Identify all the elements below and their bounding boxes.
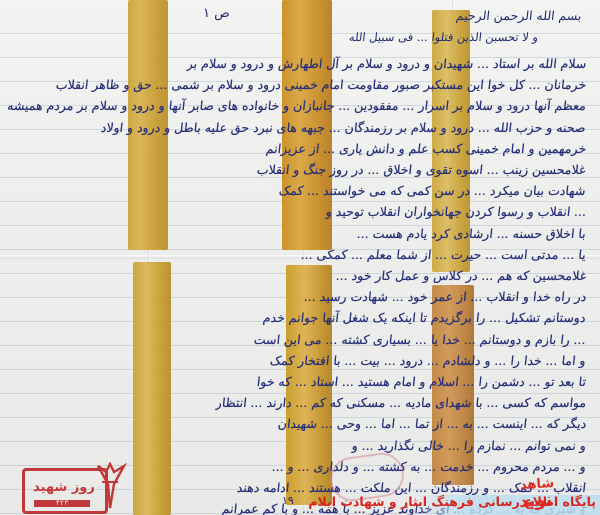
handwritten-line: غلامحسین که هم ... در کلاس و عمل کار خود… bbox=[335, 268, 587, 283]
handwritten-line: یا ... مدتی است ... حیرت ... از شما معلم… bbox=[300, 247, 586, 262]
heading-bismillah: بسم الله الرحمن الرحیم bbox=[456, 8, 583, 23]
site-watermark: پایگاه اطلاع رسانی فرهنگ ایثار و شهادت ا… bbox=[402, 490, 600, 515]
footer-page-number: ۱۹ bbox=[282, 494, 294, 507]
handwritten-line: غلامحسین زینب ... اسوه تقوی و اخلاق ... … bbox=[257, 162, 587, 177]
logo-word-navid: نوید bbox=[518, 490, 553, 512]
handwritten-line: و ... مردم محروم ... خدمت ... به کشته ..… bbox=[271, 459, 586, 474]
handwritten-line: خرمهمین و امام خمینی کسب علم و دانش یاری… bbox=[265, 141, 587, 156]
handwritten-line: در راه خدا و انقلاب ... از عمر خود ... ش… bbox=[303, 289, 587, 304]
handwritten-line: تا بعد تو ... دشمن را ... اسلام و امام ه… bbox=[256, 374, 587, 389]
handwritten-line: با اخلاق حسنه ... ارشادی کرد یادم هست ..… bbox=[356, 226, 586, 241]
opening-quote: و لا تحسبن الذین قتلوا ... فی سبیل الله bbox=[348, 30, 539, 44]
handwritten-line: خرمانان ... کل خوا این مستکبر صبور مقاوم… bbox=[55, 77, 587, 92]
handwritten-line: ... انقلاب و رسوا کردن جهانخواران انقلاب… bbox=[325, 204, 587, 219]
handwritten-line: دوستانم تشکیل ... را برگزیدم تا اینکه یک… bbox=[263, 310, 587, 325]
handwritten-line: معظم آنها درود و سلام بر اسرار ... مفقود… bbox=[5, 98, 587, 113]
stamp-label: روز شهید bbox=[32, 480, 96, 495]
handwritten-line: مواسم که کسی ... با شهدای مادیه ... مسکن… bbox=[215, 395, 587, 410]
stamp-number: ۴۲۳ bbox=[34, 500, 90, 507]
page-number: ص ۱ bbox=[203, 6, 230, 21]
tape-strip bbox=[133, 262, 171, 515]
watermark-logo: شاهد نوید bbox=[508, 477, 554, 513]
handwritten-line: دیگر که ... اینست ... به ... از تما ... … bbox=[277, 416, 587, 431]
handwritten-line: سلام الله بر استاد ... شهیدان و درود و س… bbox=[186, 56, 587, 71]
handwritten-line: و اما ... خدا را ... و دلشادم ... درود .… bbox=[270, 353, 587, 368]
scanned-document: ص ۱ بسم الله الرحمن الرحیم و لا تحسبن ال… bbox=[0, 0, 600, 515]
postage-stamp: روز شهید ۴۲۳ bbox=[22, 462, 130, 512]
handwritten-line: شهادت بیان میکرد ... در سن کمی که می خوا… bbox=[279, 183, 587, 198]
handwritten-line: صحنه و حزب الله ... درود و سلام بر رزمند… bbox=[101, 120, 587, 135]
handwritten-line: و نمی توانم ... نمازم را ... خالی نگذاری… bbox=[351, 438, 587, 453]
handwritten-line: ... را بازم و دوستانم ... خدا یا ... بسی… bbox=[253, 332, 586, 347]
tulip-emblem-icon bbox=[92, 462, 128, 510]
